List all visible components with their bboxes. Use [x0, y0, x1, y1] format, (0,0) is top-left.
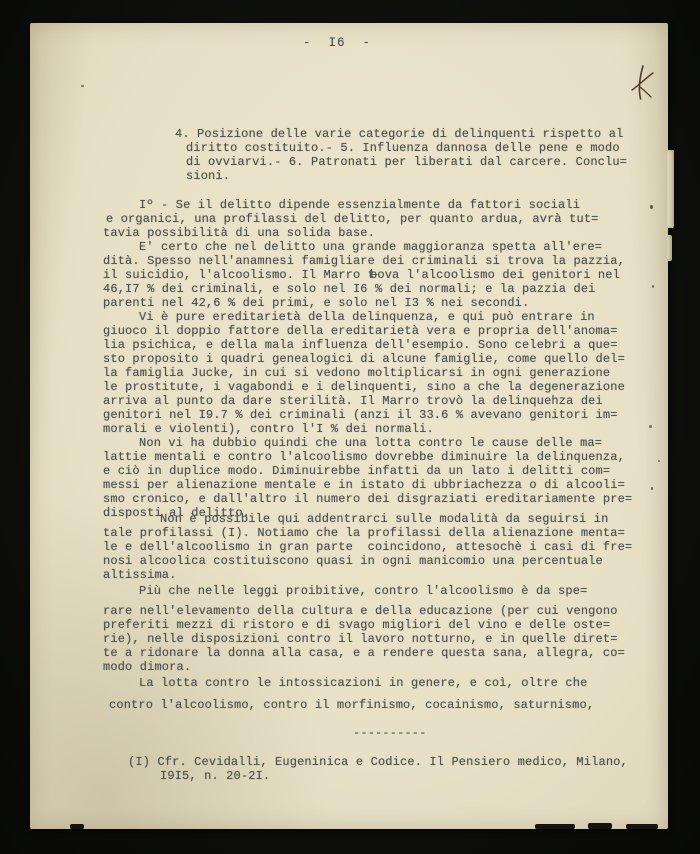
burned-edge-mark: [626, 824, 658, 829]
typewritten-text: 4. Posizione delle varie categorie di de…: [103, 23, 646, 783]
text-line: I9I5, n. 20-2I.: [103, 769, 646, 783]
burned-edge-mark: [535, 824, 575, 829]
paper-sheet: - I6 - 4. Posizione delle varie categori…: [30, 23, 668, 829]
text-line: rie), nelle disposizioni contro il lavor…: [103, 632, 646, 646]
text-line: Più che nelle leggi proibitive, contro l…: [103, 584, 646, 598]
summary-block: 4. Posizione delle varie categorie di de…: [175, 127, 646, 183]
text-line: E' certo che nel delitto una grande magg…: [103, 240, 646, 254]
burned-edge-mark: [70, 824, 84, 829]
burned-edge-mark: [588, 823, 612, 829]
text-line: giuoco il doppio fattore della ereditari…: [103, 324, 646, 338]
text-line: smo cronico, e dall'altro il numero dei …: [103, 492, 646, 506]
text-line: modo dimora.: [103, 660, 646, 674]
text-line: e organici, una profilassi del delitto, …: [103, 212, 646, 226]
text-line: Iº - Se il delitto dipende essenzialment…: [103, 198, 646, 212]
torn-edge-tab: [667, 150, 674, 228]
text-line: contro l'alcoolismo, contro il morfinism…: [103, 698, 646, 712]
paper-speck: [649, 425, 652, 428]
text-line: Vi è pure ereditarietà della delinquenza…: [103, 310, 646, 324]
text-line: nosi alcoolica costituiscono quasi in og…: [103, 554, 646, 568]
text-line: La lotta contro le intossicazioni in gen…: [103, 676, 646, 690]
text-line: parenti nel 42,6 % dei primi, e solo nel…: [103, 296, 646, 310]
paragraph: Vi è pure ereditarietà della delinquenza…: [103, 310, 646, 436]
text-line: (I) Cfr. Cevidalli, Eugeninica e Codice.…: [103, 755, 646, 769]
paper-speck: [650, 205, 653, 209]
text-line: altissima.: [103, 568, 646, 582]
text-line: morali e violenti), contro l'I % dei nor…: [103, 422, 646, 436]
text-line: e ciò in duplice modo. Diminuirebbe infa…: [103, 464, 646, 478]
text-line: di ovviarvi.- 6. Patronati per liberati …: [175, 155, 646, 169]
paper-speck: [658, 460, 660, 462]
text-line: 46,I7 % dei criminali, e solo nel I6 % d…: [103, 282, 646, 296]
text-line: sioni.: [175, 169, 646, 183]
text-line: 4. Posizione delle varie categorie di de…: [175, 127, 646, 141]
handwritten-ink-mark: [628, 63, 658, 107]
text-line: rare nell'elevamento della cultura e del…: [103, 604, 646, 618]
text-line: preferiti mezzi di ristoro e di svago mi…: [103, 618, 646, 632]
paragraph: Più che nelle leggi proibitive, contro l…: [103, 584, 646, 674]
text-line: arriva al punto da dare sterilità. Il Ma…: [103, 394, 646, 408]
text-line: il suicidio, l'alcoolismo. Il Marro tbov…: [103, 268, 646, 282]
text-line: diritto costituito.- 5. Influenza dannos…: [175, 141, 646, 155]
text-line: le prostitute, i vagabondi e i delinquen…: [103, 380, 646, 394]
text-line-overstruck: Non è possibile qui addentrarci sulle mo…: [103, 512, 646, 526]
paper-speck: [81, 85, 84, 87]
photo-background: { "page": { "background_color": "#0c0d0a…: [0, 0, 700, 854]
text-line: la famiglia Jucke, in cui si vedono molt…: [103, 366, 646, 380]
torn-edge-tab: [667, 235, 672, 261]
paragraph: Iº - Se il delitto dipende essenzialment…: [103, 198, 646, 240]
text-line: Non vi ha dubbio quindi che una lotta co…: [103, 436, 646, 450]
text-line: lattie mentali e contro l'alcoolismo dov…: [103, 450, 646, 464]
text-line: le e dell'alcoolismo in gran parte coinc…: [103, 540, 646, 554]
footnote: (I) Cfr. Cevidalli, Eugeninica e Codice.…: [103, 755, 646, 783]
text-line: te a ridonare la donna alla casa, e a re…: [103, 646, 646, 660]
text-line: dità. Spesso nell'anamnesi famigliare de…: [103, 254, 646, 268]
text-line: tale profilassi (I). Notiamo che la prof…: [103, 526, 646, 540]
footnote-separator: ----------: [103, 726, 646, 740]
paragraph: Non vi ha dubbio quindi che una lotta co…: [103, 436, 646, 582]
text-line: sto proposito i quadri genealogici di al…: [103, 352, 646, 366]
text-line: genitori nel I9.7 % dei criminali (anzi …: [103, 408, 646, 422]
paper-speck: [652, 285, 654, 288]
paragraph: La lotta contro le intossicazioni in gen…: [103, 676, 646, 712]
text-line: messi per alienazione mentale e in istat…: [103, 478, 646, 492]
text-line: tavia possibilità di una solida base.: [103, 226, 646, 240]
paper-speck: [651, 487, 653, 490]
paragraph: E' certo che nel delitto una grande magg…: [103, 240, 646, 310]
text-line: ----------: [103, 726, 646, 740]
text-line: lia psichica, e della mala influenza del…: [103, 338, 646, 352]
